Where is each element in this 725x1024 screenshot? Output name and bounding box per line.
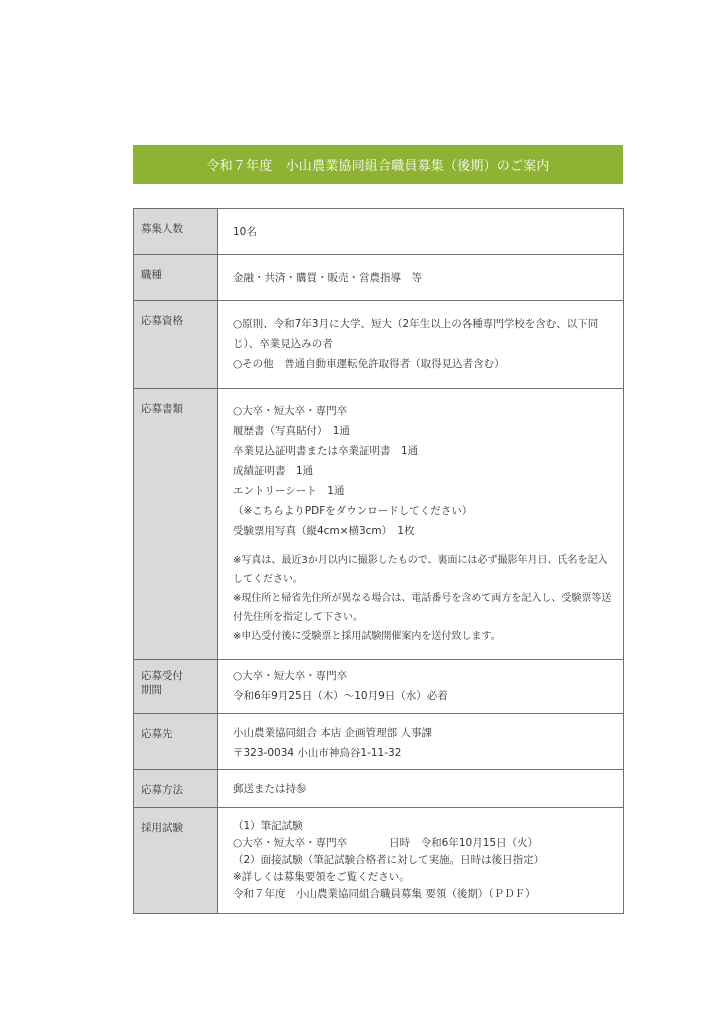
method-line: 郵送または持参 (233, 779, 615, 799)
row-value: ○原則、令和7年3月に大学、短大（2年生以上の各種専門学校を含む、以下同じ）、卒… (218, 301, 624, 389)
row-label: 応募資格 (134, 301, 218, 389)
row-label: 応募先 (134, 714, 218, 770)
row-value: （1）筆記試験 ○大卒・短大卒・専門卒 日時 令和6年10月15日（火） （2）… (218, 808, 624, 914)
pdf-download-link[interactable]: （※こちらよりPDFをダウンロードしてください） (233, 501, 615, 521)
qualification-line: ○その他 普通自動車運転免許取得者（取得見込者含む） (233, 354, 615, 374)
address-line: 小山農業協同組合 本店 企画管理部 人事課 (233, 723, 615, 743)
table-row-recruit-count: 募集人数 10名 (134, 209, 624, 255)
document-item: エントリーシート 1通 (233, 481, 615, 501)
job-types: 金融・共済・購買・販売・営農指導 等 (233, 268, 615, 288)
row-label: 募集人数 (134, 209, 218, 255)
exam-line: ※詳しくは募集要領をご覧ください。 (233, 869, 615, 886)
row-value: ○大卒・短大卒・専門卒 令和6年9月25日（木）～10月9日（水）必着 (218, 660, 624, 714)
row-value: 郵送または持参 (218, 770, 624, 808)
table-row-job-type: 職種 金融・共済・購買・販売・営農指導 等 (134, 255, 624, 301)
table-row-documents: 応募書類 ○大卒・短大卒・専門卒 履歴書（写真貼付） 1通 卒業見込証明書または… (134, 389, 624, 660)
row-label: 職種 (134, 255, 218, 301)
row-label: 応募方法 (134, 770, 218, 808)
document-note: ※写真は、最近3か月以内に撮影したもので、裏面には必ず撮影年月日、氏名を記入して… (233, 551, 615, 589)
document-item: ○大卒・短大卒・専門卒 (233, 401, 615, 421)
exam-line: ○大卒・短大卒・専門卒 日時 令和6年10月15日（火） (233, 835, 615, 852)
table-row-application-period: 応募受付 期間 ○大卒・短大卒・専門卒 令和6年9月25日（木）～10月9日（水… (134, 660, 624, 714)
table-row-application-method: 応募方法 郵送または持参 (134, 770, 624, 808)
recruit-count: 10名 (233, 222, 615, 242)
label-line: 期間 (141, 683, 217, 697)
row-value: 10名 (218, 209, 624, 255)
document-item: 受験票用写真（縦4cm×横3cm） 1枚 (233, 521, 615, 541)
page-title-banner: 令和７年度 小山農業協同組合職員募集（後期）のご案内 (133, 145, 623, 184)
exam-line: （1）筆記試験 (233, 818, 615, 835)
period-line: ○大卒・短大卒・専門卒 (233, 666, 615, 686)
address-line: 〒323-0034 小山市神鳥谷1-11-32 (233, 743, 615, 763)
document-note: ※現住所と帰省先住所が異なる場合は、電話番号を含めて両方を記入し、受験票等送付先… (233, 589, 615, 627)
table-row-application-address: 応募先 小山農業協同組合 本店 企画管理部 人事課 〒323-0034 小山市神… (134, 714, 624, 770)
document-note: ※申込受付後に受験票と採用試験開催案内を送付致します。 (233, 627, 615, 646)
row-value: ○大卒・短大卒・専門卒 履歴書（写真貼付） 1通 卒業見込証明書または卒業証明書… (218, 389, 624, 660)
table-row-exam: 採用試験 （1）筆記試験 ○大卒・短大卒・専門卒 日時 令和6年10月15日（火… (134, 808, 624, 914)
period-line: 令和6年9月25日（木）～10月9日（水）必着 (233, 686, 615, 706)
exam-line: （2）面接試験（筆記試験合格者に対して実施。日時は後日指定） (233, 852, 615, 869)
row-value: 金融・共済・購買・販売・営農指導 等 (218, 255, 624, 301)
row-label: 応募書類 (134, 389, 218, 660)
document-item: 成績証明書 1通 (233, 461, 615, 481)
document-item: 履歴書（写真貼付） 1通 (233, 421, 615, 441)
label-line: 応募受付 (141, 669, 217, 683)
row-label: 採用試験 (134, 808, 218, 914)
table-row-qualification: 応募資格 ○原則、令和7年3月に大学、短大（2年生以上の各種専門学校を含む、以下… (134, 301, 624, 389)
document-item: 卒業見込証明書または卒業証明書 1通 (233, 441, 615, 461)
row-value: 小山農業協同組合 本店 企画管理部 人事課 〒323-0034 小山市神鳥谷1-… (218, 714, 624, 770)
row-label: 応募受付 期間 (134, 660, 218, 714)
recruitment-info-table: 募集人数 10名 職種 金融・共済・購買・販売・営農指導 等 応募資格 ○原則、… (133, 208, 624, 914)
guideline-pdf-link[interactable]: 令和７年度 小山農業協同組合職員募集 要領（後期）（ＰＤＦ） (233, 886, 615, 903)
qualification-line: ○原則、令和7年3月に大学、短大（2年生以上の各種専門学校を含む、以下同じ）、卒… (233, 314, 615, 354)
